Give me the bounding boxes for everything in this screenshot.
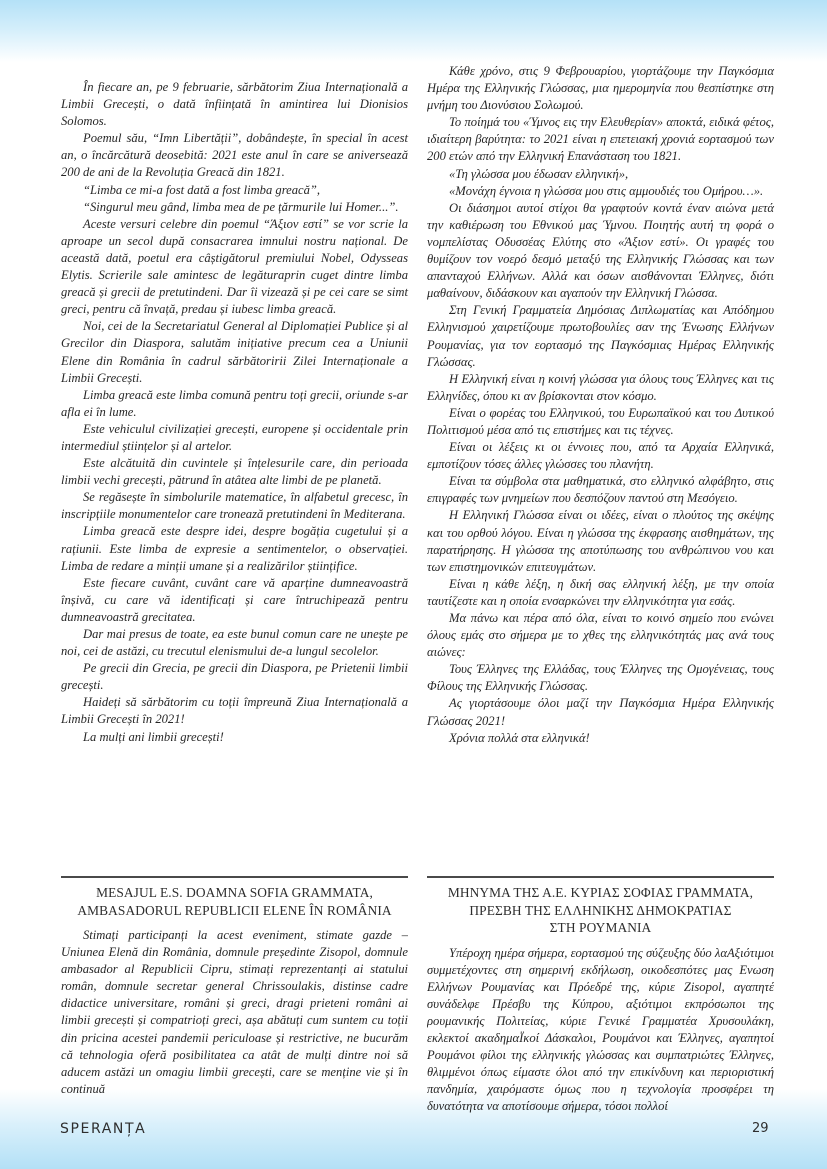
paragraph: Οι διάσημοι αυτοί στίχοι θα γραφτούν κον… — [427, 200, 774, 303]
paragraph: Este fiecare cuvânt, cuvânt care vă apar… — [61, 575, 408, 626]
paragraph: Este vehiculul civilizației grecești, eu… — [61, 421, 408, 455]
paragraph: Haideți să sărbătorim cu toții împreună … — [61, 694, 408, 728]
paragraph: Limba greacă este despre idei, despre bo… — [61, 523, 408, 574]
section-divider — [61, 876, 408, 878]
paragraph: Ας γιορτάσουμε όλοι μαζί την Παγκόσμια Η… — [427, 695, 774, 729]
quote-line: «Μονάχη έγνοια η γλώσσα μου στις αμμουδι… — [427, 183, 774, 200]
message-body: Υπέροχη ημέρα σήμερα, εορτασμού της σύζε… — [427, 945, 774, 1116]
romanian-article-column: În fiecare an, pe 9 februarie, sărbători… — [61, 79, 408, 746]
paragraph: Limba greacă este limba comună pentru to… — [61, 387, 408, 421]
paragraph: Είναι οι λέξεις κι οι έννοιες που, από τ… — [427, 439, 774, 473]
paragraph: Η Ελληνική Γλώσσα είναι οι ιδέες, είναι … — [427, 507, 774, 575]
closing-line: Χρόνια πολλά στα ελληνικά! — [427, 730, 774, 747]
page-number: 29 — [752, 1121, 769, 1136]
message-body: Stimați participanți la acest eveniment,… — [61, 927, 408, 1098]
paragraph: Κάθε χρόνο, στις 9 Φεβρουαρίου, γιορτάζο… — [427, 63, 774, 114]
paragraph: Είναι ο φορέας του Ελληνικού, του Ευρωπα… — [427, 405, 774, 439]
paragraph: Este alcătuită din cuvintele și înțelesu… — [61, 455, 408, 489]
paragraph: În fiecare an, pe 9 februarie, sărbători… — [61, 79, 408, 130]
closing-line: La mulți ani limbii grecești! — [61, 729, 408, 746]
paragraph: Τους Έλληνες της Ελλάδας, τους Έλληνες τ… — [427, 661, 774, 695]
section-heading: MESAJUL E.S. DOAMNA SOFIA GRAMMATA, AMBA… — [61, 884, 408, 919]
header-gradient-band — [0, 0, 827, 62]
paragraph: Το ποίημά του «Ύμνος εις την Ελευθερίαν»… — [427, 114, 774, 165]
paragraph: Aceste versuri celebre din poemul “Άξιον… — [61, 216, 408, 319]
paragraph: Poemul său, “Imn Libertății”, dobândește… — [61, 130, 408, 181]
section-heading: ΜΗΝΥΜΑ ΤΗΣ Α.Ε. ΚΥΡΙΑΣ ΣΟΦΙΑΣ ΓΡΑΜΜΑΤΑ, … — [427, 884, 774, 937]
greek-article-column: Κάθε χρόνο, στις 9 Φεβρουαρίου, γιορτάζο… — [427, 63, 774, 747]
publication-name: SPERANȚA — [60, 1121, 146, 1137]
paragraph: Μα πάνω και πέρα από όλα, είναι το κοινό… — [427, 610, 774, 661]
paragraph: Είναι τα σύμβολα στα μαθηματικά, στο ελλ… — [427, 473, 774, 507]
paragraph: Se regăsește în simbolurile matematice, … — [61, 489, 408, 523]
paragraph: Dar mai presus de toate, ea este bunul c… — [61, 626, 408, 660]
quote-line: “Limba ce mi-a fost dată a fost limba gr… — [61, 182, 408, 199]
ambassador-message-romanian: MESAJUL E.S. DOAMNA SOFIA GRAMMATA, AMBA… — [61, 876, 408, 1116]
paragraph: Noi, cei de la Secretariatul General al … — [61, 318, 408, 386]
paragraph: Pe grecii din Grecia, pe grecii din Dias… — [61, 660, 408, 694]
quote-line: “Singurul meu gând, limba mea de pe țărm… — [61, 199, 408, 216]
paragraph: Είναι η κάθε λέξη, η δική σας ελληνική λ… — [427, 576, 774, 610]
quote-line: «Τη γλώσσα μου έδωσαν ελληνική», — [427, 166, 774, 183]
paragraph: Στη Γενική Γραμματεία Δημόσιας Διπλωματί… — [427, 302, 774, 370]
paragraph: Η Ελληνική είναι η κοινή γλώσσα για όλου… — [427, 371, 774, 405]
ambassador-message-greek: ΜΗΝΥΜΑ ΤΗΣ Α.Ε. ΚΥΡΙΑΣ ΣΟΦΙΑΣ ΓΡΑΜΜΑΤΑ, … — [427, 876, 774, 1116]
section-divider — [427, 876, 774, 878]
